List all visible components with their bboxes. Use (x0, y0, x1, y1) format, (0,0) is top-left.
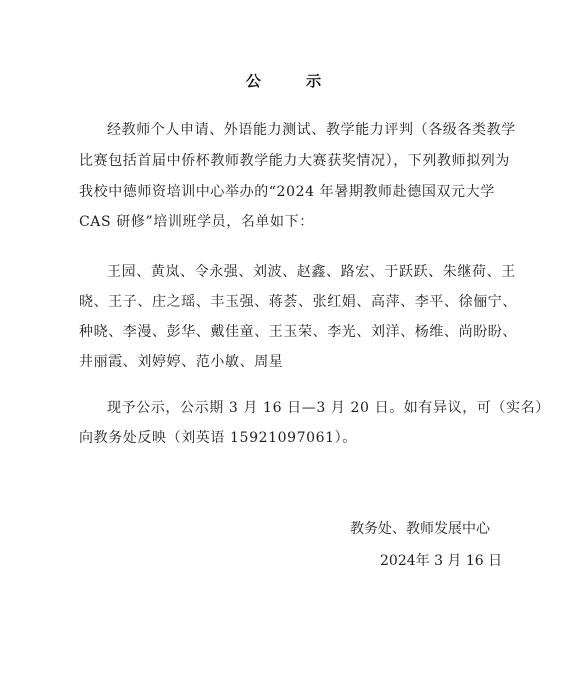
publicity-line-1: 现予公示，公示期 3 月 16 日—3 月 20 日。如有异议，可（实名） (107, 398, 550, 418)
names-line-4: 井丽霞、刘婷婷、范小敏、周星 (79, 352, 283, 372)
intro-line-1: 经教师个人申请、外语能力测试、教学能力评判（各级各类教学 (107, 120, 516, 140)
notice-title: 公 示 (0, 70, 567, 91)
names-line-2: 晓、王子、庄之瑶、丰玉强、蒋荟、张红娟、高萍、李平、徐俪宁、 (79, 292, 517, 312)
intro-line-4: CAS 研修”培训班学员，名单如下： (79, 212, 314, 232)
signature-date: 2024年 3 月 16 日 (380, 551, 502, 571)
names-line-1: 王园、黄岚、令永强、刘波、赵鑫、路宏、于跃跃、朱继荷、王 (107, 262, 516, 282)
intro-line-2: 比赛包括首届中侨杯教师教学能力大赛获奖情况），下列教师拟列为 (79, 151, 510, 171)
publicity-line-2: 向教务处反映（刘英语 15921097061）。 (79, 428, 357, 448)
notice-page: 公 示 经教师个人申请、外语能力测试、教学能力评判（各级各类教学 比赛包括首届中… (0, 0, 567, 681)
names-line-3: 种晓、李漫、彭华、戴佳童、王玉荣、李光、刘洋、杨维、尚盼盼、 (79, 322, 517, 342)
signature-department: 教务处、教师发展中心 (350, 519, 490, 539)
intro-line-3: 我校中德师资培训中心举办的“2024 年暑期教师赴德国双元大学 (79, 182, 495, 202)
